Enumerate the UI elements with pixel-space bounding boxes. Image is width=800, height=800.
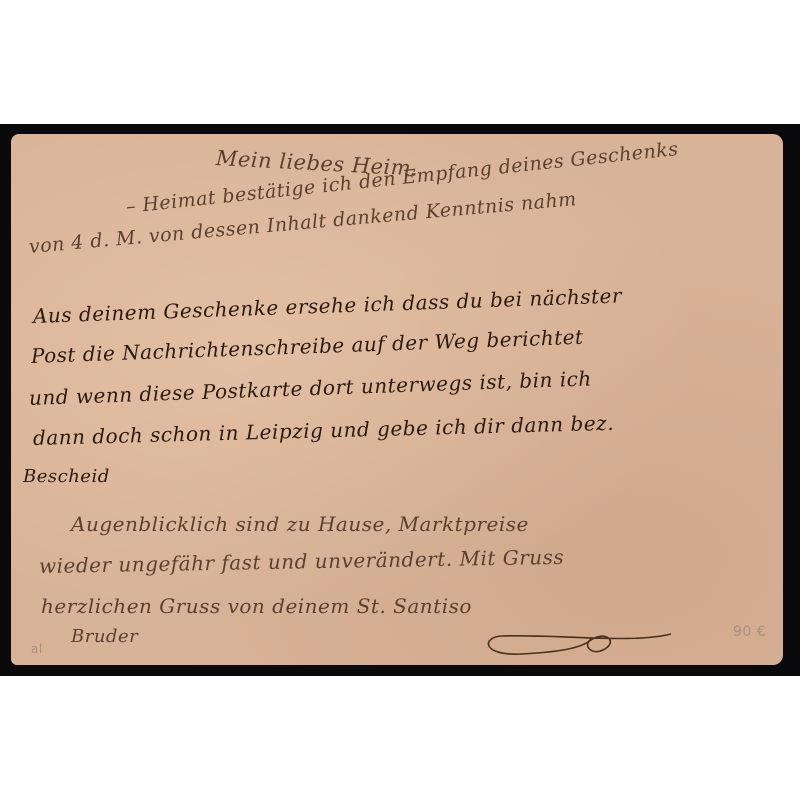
letter-line-6: dann doch schon in Leipzig und gebe ich … bbox=[33, 411, 615, 450]
letter-line-8: Augenblicklich sind zu Hause, Marktpreis… bbox=[71, 512, 529, 536]
letter-line-3: Aus deinem Geschenke ersehe ich dass du … bbox=[33, 283, 623, 328]
letter-line-4: Post die Nachrichtenschreibe auf der Weg… bbox=[31, 325, 584, 368]
letter-line-11: Bruder bbox=[71, 626, 138, 647]
postcard: Mein liebes Heim. – Heimat bestätige ich… bbox=[11, 134, 783, 665]
signature-flourish bbox=[481, 614, 681, 664]
price-note: 90 € bbox=[733, 624, 766, 640]
pencil-note-left: al bbox=[31, 642, 43, 656]
letter-line-10: herzlichen Gruss von deinem St. Santiso bbox=[41, 594, 472, 618]
letter-line-5: und wenn diese Postkarte dort unterwegs … bbox=[29, 366, 593, 410]
letter-line-7: Bescheid bbox=[23, 466, 110, 487]
letter-line-9: wieder ungefähr fast und unverändert. Mi… bbox=[39, 545, 565, 578]
